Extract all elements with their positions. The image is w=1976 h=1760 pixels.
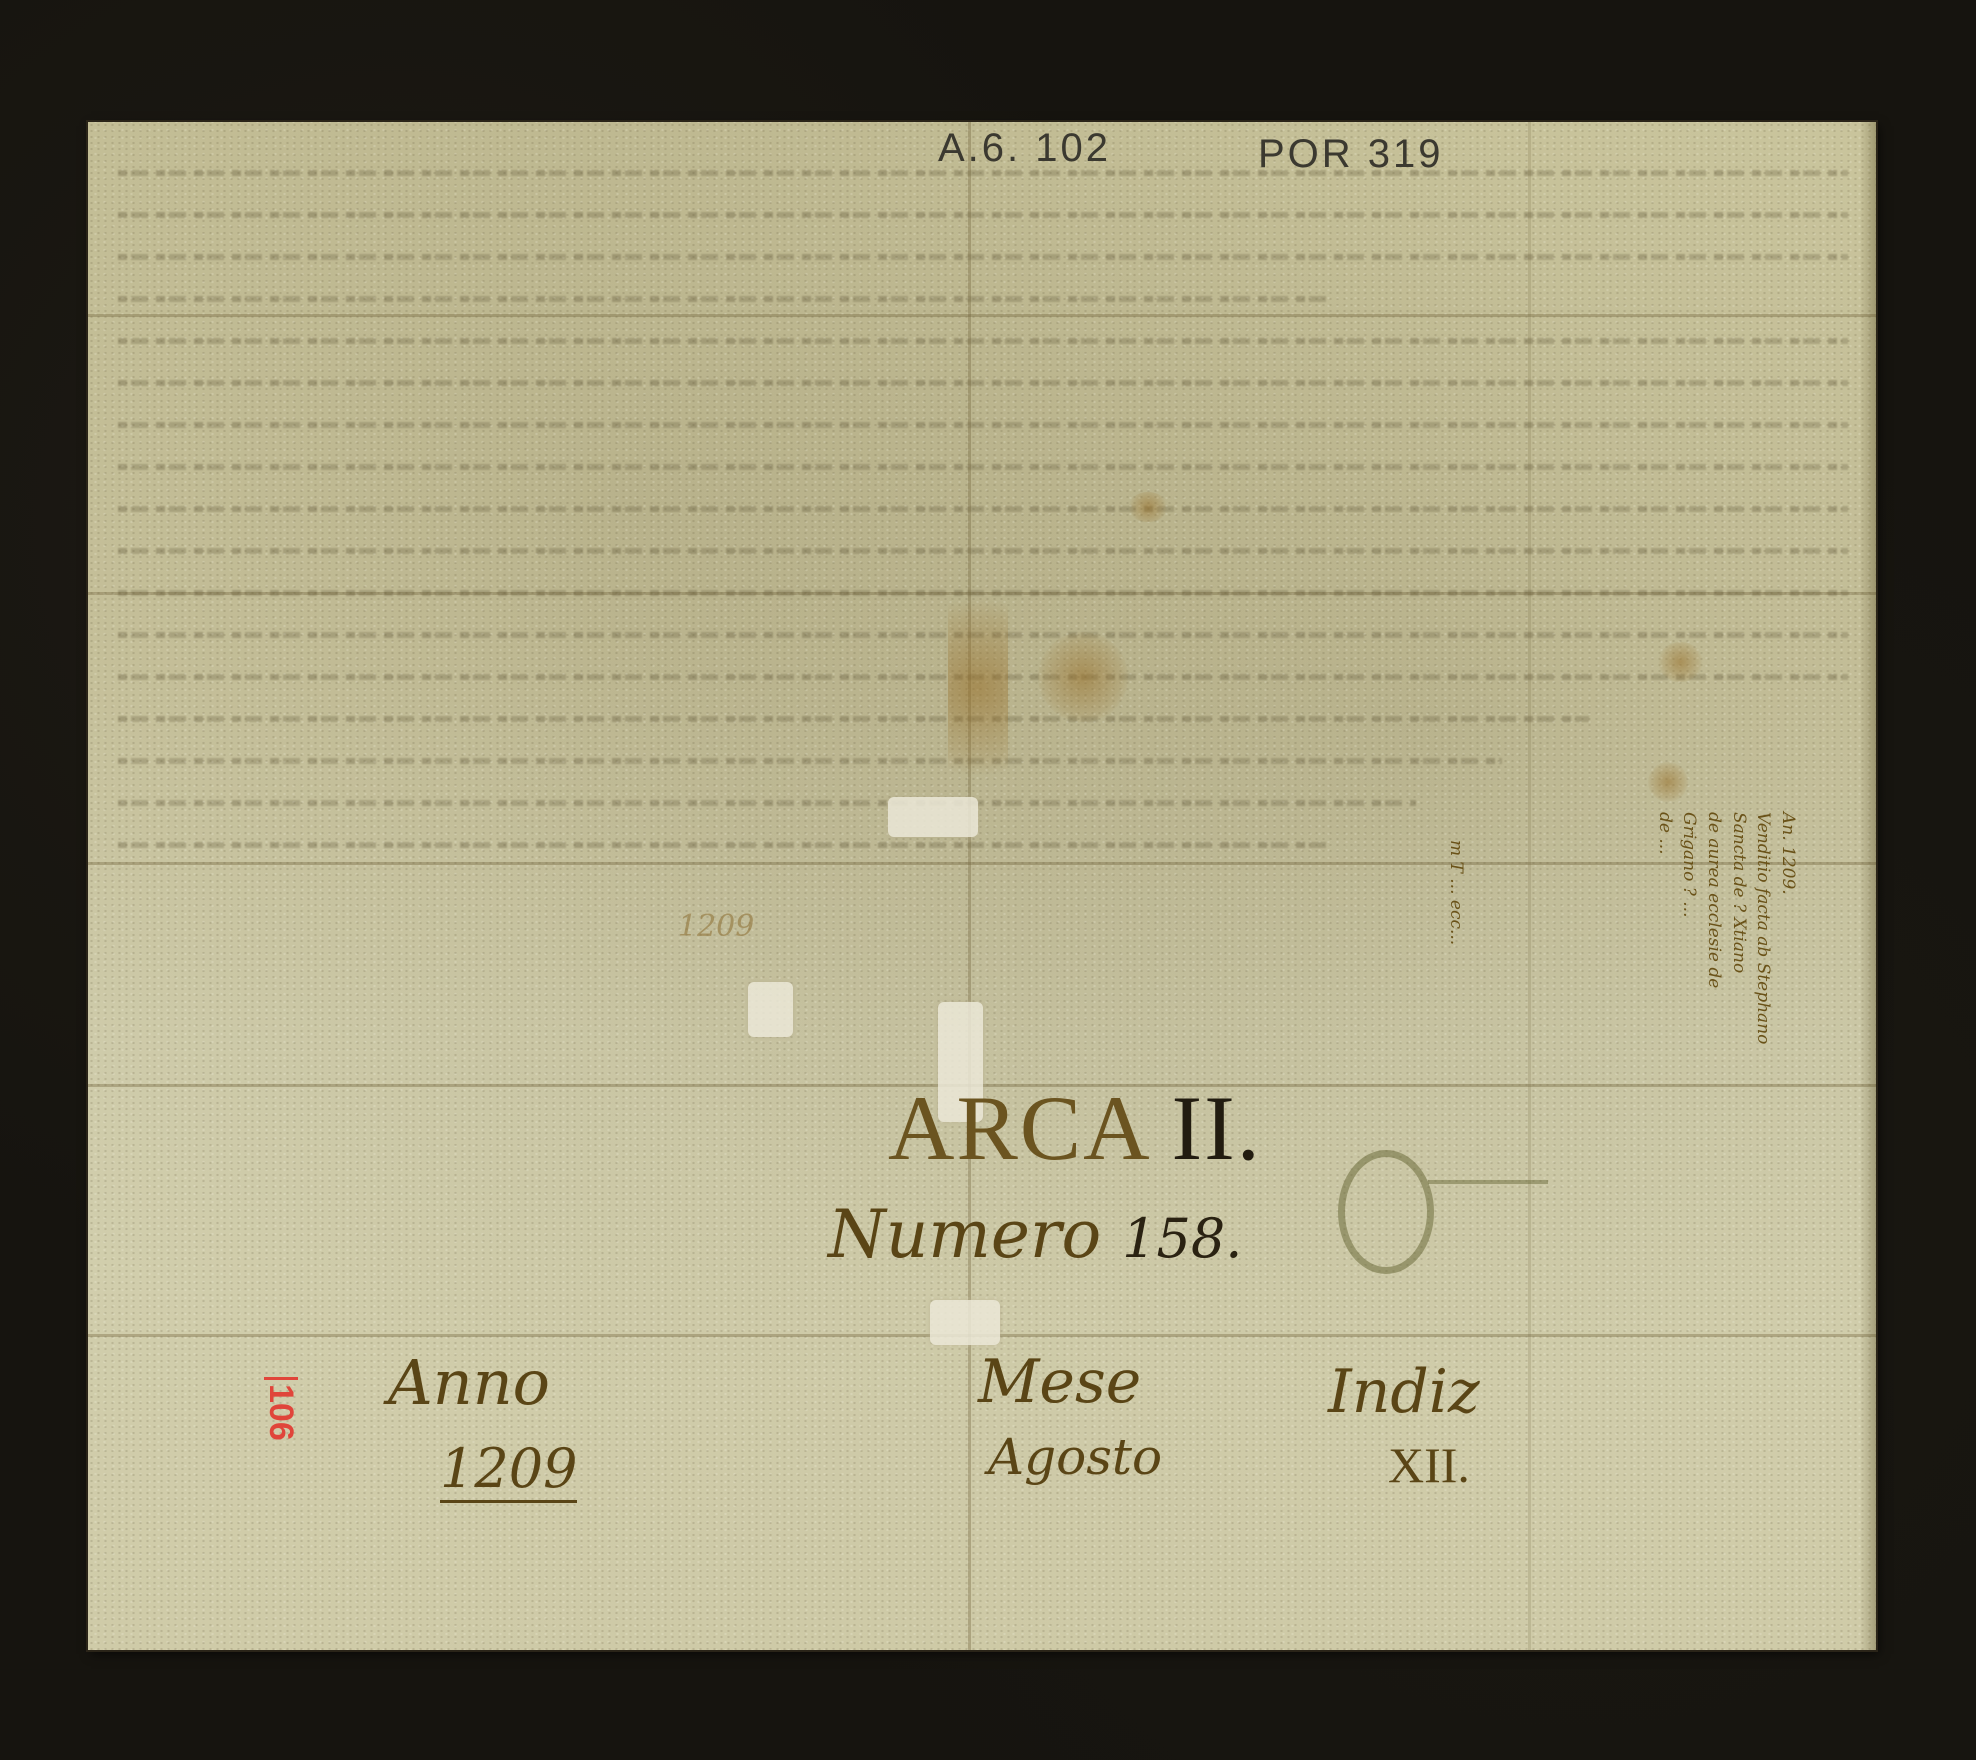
parchment-document: A.6. 102 POR 319 1209 An. 1209. Venditio… <box>88 122 1876 1650</box>
anno-value: 1209 <box>440 1442 577 1503</box>
text-line <box>118 278 1329 314</box>
stain <box>1648 762 1688 802</box>
shelfmark-right: POR 319 <box>1258 134 1444 174</box>
mese-value: Agosto <box>988 1432 1162 1482</box>
text-line <box>118 824 1329 860</box>
text-line <box>118 530 1848 566</box>
stain <box>1658 642 1703 682</box>
indiz-label: Indiz <box>1328 1362 1480 1422</box>
side-note-line: Venditio facta ab Stephano <box>1751 812 1776 1044</box>
repair-patch <box>748 982 793 1037</box>
numero-word: Numero <box>828 1196 1101 1273</box>
arca-word: ARCA <box>888 1077 1147 1179</box>
fold-line <box>1528 122 1531 1650</box>
text-line <box>118 698 1589 734</box>
faint-date-note: 1209 <box>678 912 754 942</box>
side-note-secondary: m T ... ecc... <box>1443 840 1468 945</box>
stain <box>1128 492 1168 522</box>
seal-line <box>1428 1180 1548 1184</box>
anno-label: Anno <box>388 1352 550 1414</box>
mese-label: Mese <box>978 1352 1141 1412</box>
indiz-value: XII. <box>1388 1440 1470 1490</box>
side-note-line: Sancta de ? Xtiano <box>1726 812 1751 1044</box>
side-note-line: Grigano ? ... <box>1677 812 1702 1044</box>
text-line <box>118 488 1848 524</box>
shelfmark-left: A.6. 102 <box>938 128 1111 168</box>
text-line <box>118 782 1416 818</box>
stain <box>1038 632 1128 722</box>
arca-label: ARCA II. <box>888 1082 1262 1174</box>
text-line <box>118 446 1848 482</box>
fold-line <box>88 862 1876 865</box>
side-note-line: de ... <box>1652 812 1677 1044</box>
arca-number: II. <box>1172 1077 1262 1179</box>
fold-line <box>88 314 1876 317</box>
repair-patch <box>888 797 978 837</box>
seal-mark-icon <box>1338 1150 1434 1274</box>
red-stamp: 106 <box>264 1377 298 1441</box>
text-line <box>118 320 1848 356</box>
side-note-line: An. 1209. <box>1775 812 1800 1044</box>
text-line <box>118 404 1848 440</box>
text-line <box>118 362 1848 398</box>
text-line <box>118 236 1848 272</box>
text-line <box>118 194 1848 230</box>
side-note: An. 1209. Venditio facta ab Stephano San… <box>1652 812 1800 1044</box>
repair-patch <box>930 1300 1000 1345</box>
fold-line <box>968 122 971 1650</box>
text-line <box>118 740 1502 776</box>
numero-label: Numero 158. <box>828 1202 1242 1268</box>
stain <box>948 572 1008 802</box>
numero-value: 158. <box>1122 1207 1242 1270</box>
side-note-line: de aurea ecclesie de <box>1701 812 1726 1044</box>
